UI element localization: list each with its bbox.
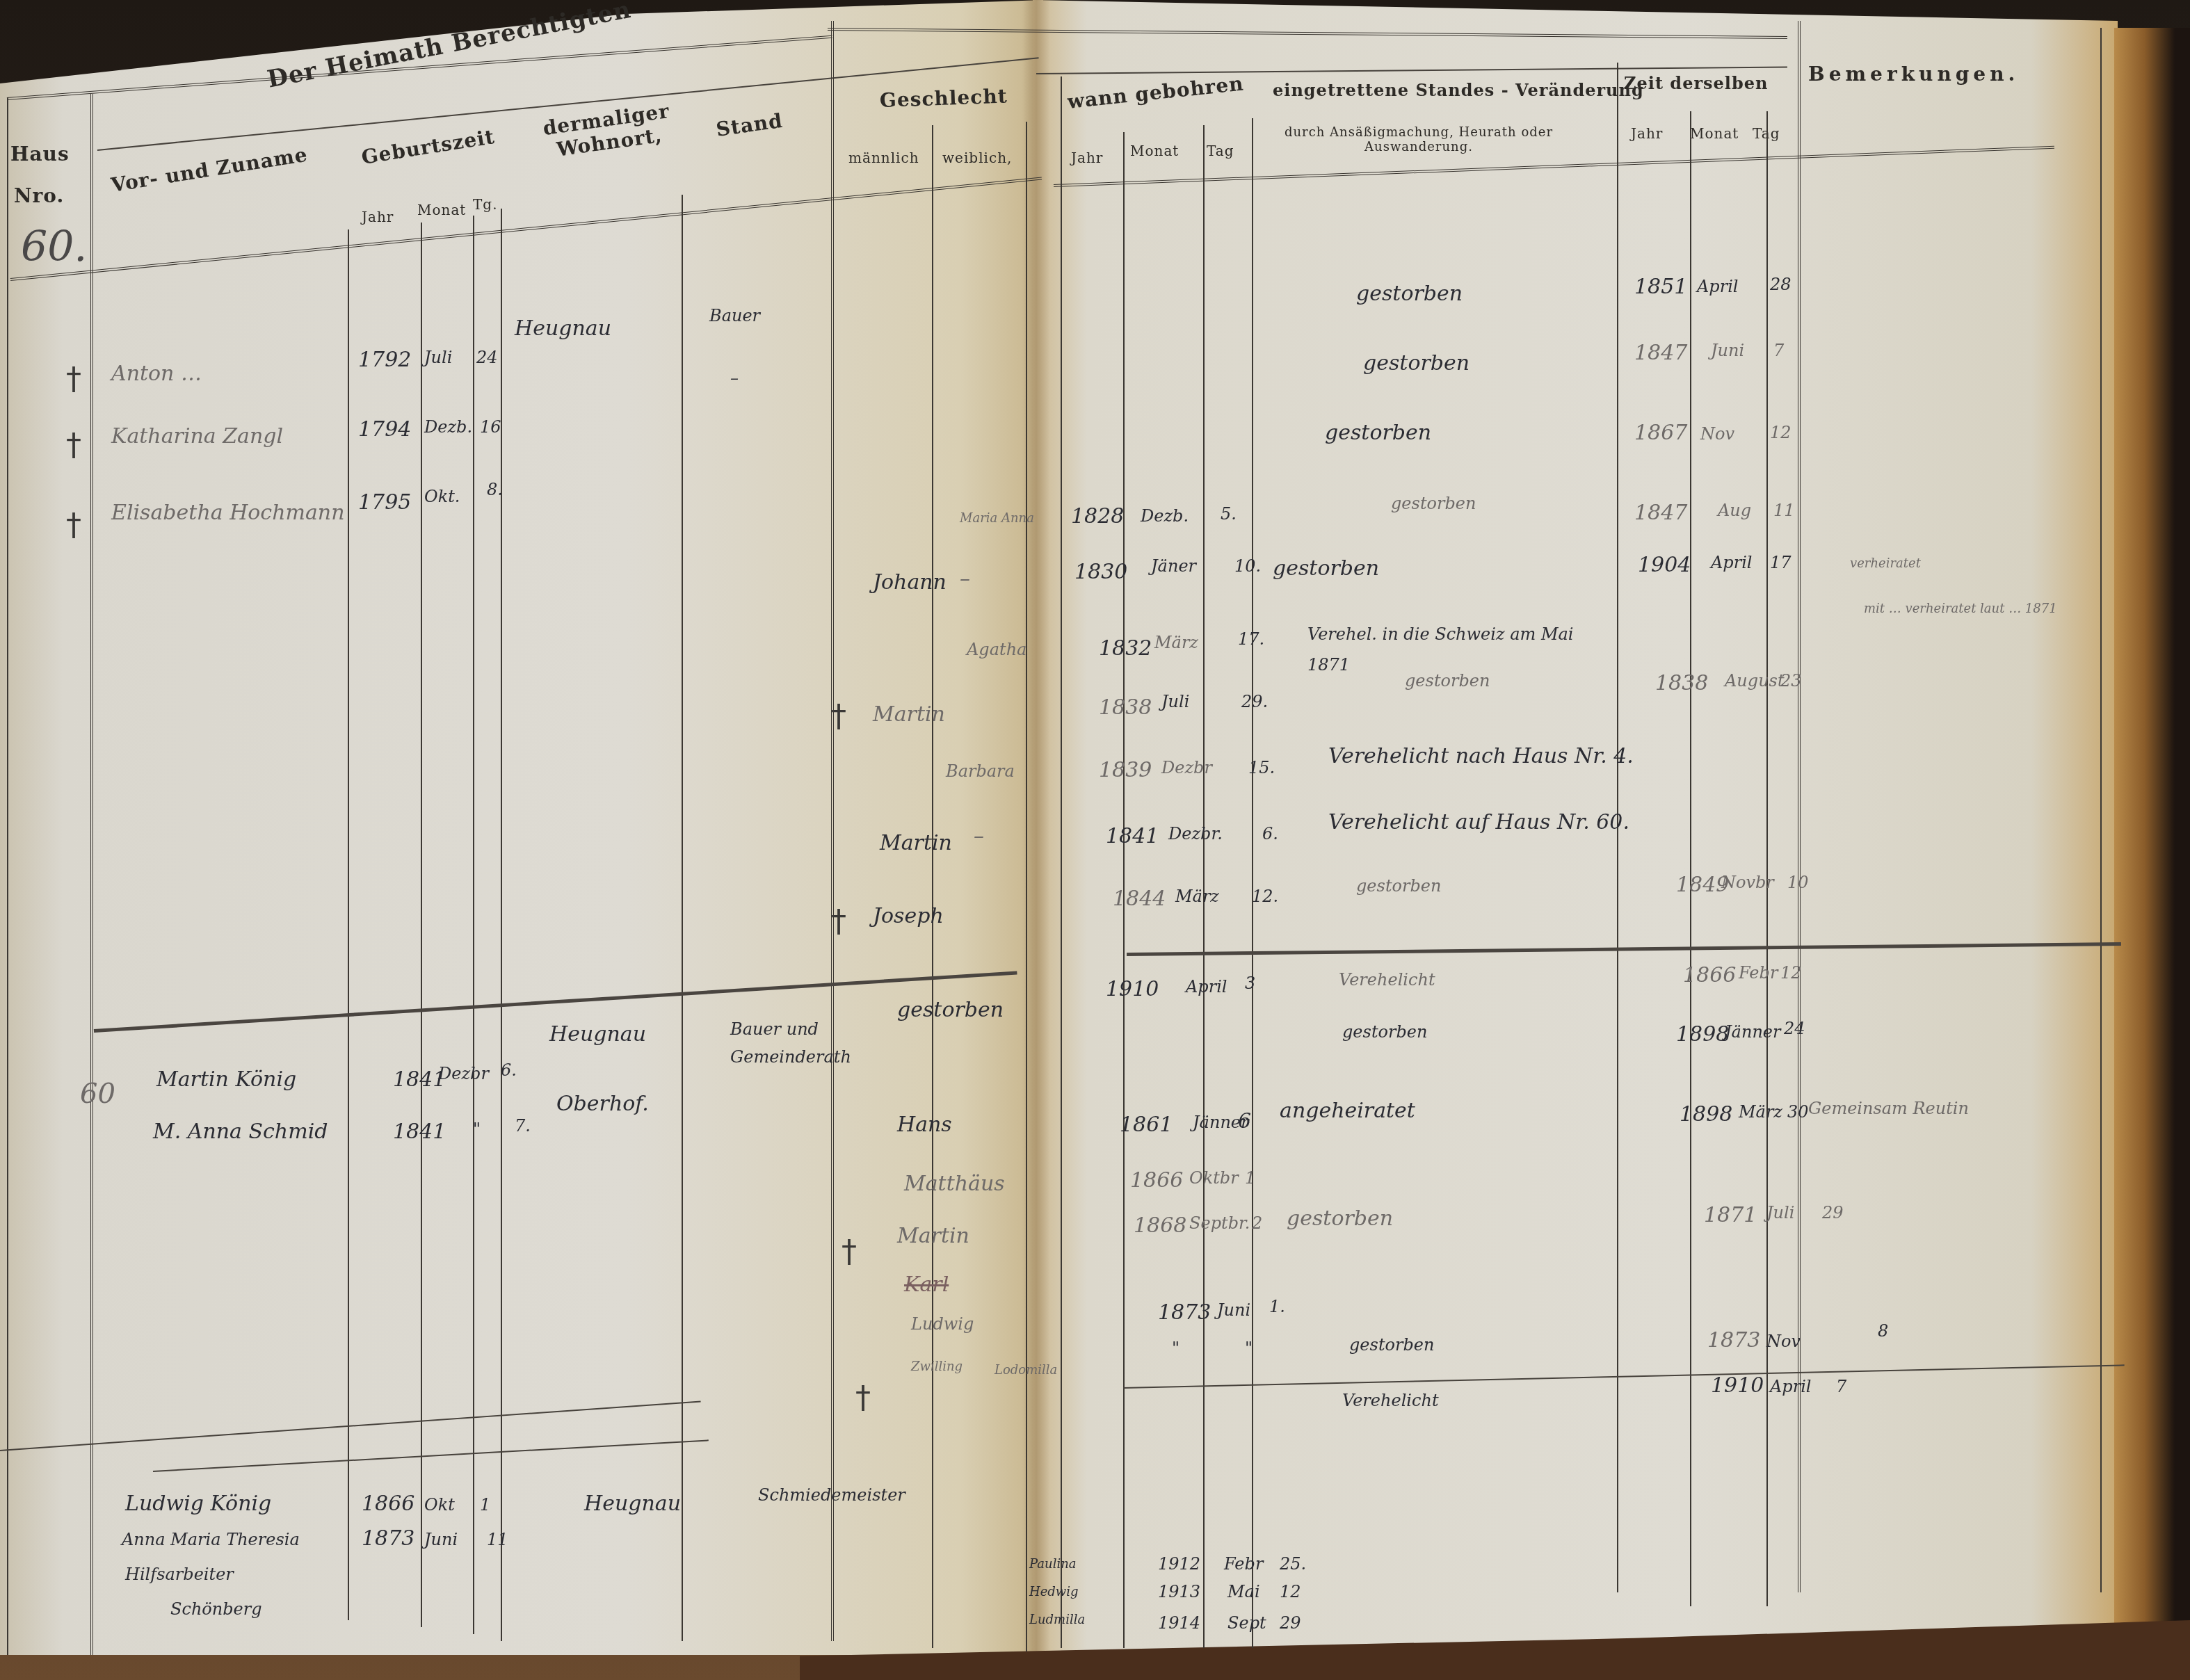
adult-name: Katharina Zangl: [111, 424, 283, 449]
adult-occupation: Hilfsarbeiter: [125, 1565, 234, 1584]
col-sex-header: Geschlecht: [879, 85, 1008, 112]
child-change: gestorben: [1405, 671, 1490, 690]
adult-status: –: [730, 369, 739, 388]
col-birth-year: Jahr: [362, 209, 394, 225]
child-male-name: Karl: [904, 1273, 949, 1297]
child-change-month: August: [1725, 671, 1785, 690]
adult-birth-day: 8.: [487, 480, 503, 499]
child-birth-day: 15.: [1248, 758, 1275, 777]
col-born-year: Jahr: [1071, 150, 1103, 166]
left-page: [0, 0, 1043, 1655]
adult-birth-day: 24: [476, 348, 498, 367]
label-nro: Nro.: [14, 184, 64, 207]
adult-status: Bauer und Gemeinderath: [730, 1015, 862, 1071]
adult-birth-year: 1866: [362, 1492, 414, 1516]
change-entry: Verehelicht: [1339, 970, 1435, 990]
col-sex-male: männlich: [848, 150, 919, 166]
label-haus: Haus: [10, 143, 70, 165]
adult-birth-month: Juni: [424, 1530, 458, 1549]
child-male-name: Martin: [880, 831, 952, 855]
adult-name: Martin König: [156, 1067, 296, 1092]
adult-birth-month: Okt.: [424, 487, 460, 506]
child-male-name: Johann: [873, 570, 947, 595]
adult-birth-month: Okt: [424, 1495, 455, 1515]
child-birth-year: 1839: [1099, 758, 1152, 782]
adult-residence: Heugnau: [549, 1022, 646, 1047]
adult-birth-day: 1: [480, 1495, 490, 1515]
change-day: 12: [1780, 963, 1802, 983]
adult-sex-note: gestorben: [897, 998, 1004, 1022]
child-birth-year: 1844: [1113, 887, 1166, 911]
change-year: 1851: [1634, 275, 1687, 299]
child-birth-day: 29.: [1241, 692, 1268, 711]
child-change-day: 23: [1780, 671, 1802, 690]
adult-birth-day: 11: [487, 1530, 508, 1549]
child-birth-month: Juli: [1161, 692, 1189, 711]
child-change-day: 7: [1836, 1377, 1846, 1396]
child-birth-day: 1: [1245, 1168, 1255, 1188]
child-birth-month: Jäner: [1151, 556, 1196, 576]
col-time-year: Jahr: [1631, 125, 1663, 142]
change-entry: gestorben: [1356, 282, 1463, 306]
rule: [421, 223, 422, 1627]
child-birth-month: Sept: [1227, 1613, 1266, 1633]
child-change: Verehelicht nach Haus Nr. 4.: [1328, 744, 1634, 768]
col-time-header: Zeit derselben: [1624, 73, 1768, 93]
child-birth-day: 2: [1252, 1213, 1262, 1233]
house-number: 60.: [21, 223, 87, 271]
rule: [7, 97, 8, 1655]
adult-death-year: 1910: [1106, 977, 1159, 1001]
child-birth-year: ": [1172, 1339, 1179, 1358]
change-year: 1867: [1634, 421, 1687, 445]
child-birth-month: Febr: [1224, 1554, 1263, 1574]
rule: [1026, 122, 1027, 1651]
child-male-name: Hans: [897, 1113, 952, 1137]
child-birth-day: 12: [1280, 1582, 1301, 1601]
child-male-name: Joseph: [873, 904, 944, 928]
child-change-year: 1838: [1655, 671, 1708, 695]
col-born-month: Monat: [1130, 143, 1179, 159]
child-birth-year: 1912: [1158, 1554, 1200, 1574]
deceased-cross-icon: †: [66, 508, 81, 543]
col-born-day: Tag: [1207, 143, 1234, 159]
child-change-day: 8: [1878, 1321, 1888, 1341]
child-female-name: –: [960, 567, 970, 591]
child-change-day: 11: [1773, 501, 1795, 520]
rule: [831, 21, 834, 1641]
adult-birth-month: Juli: [424, 348, 452, 367]
change-month: Juni: [1711, 341, 1744, 360]
change-entry: gestorben: [1325, 421, 1431, 445]
child-birth-day: 12.: [1252, 887, 1278, 906]
child-birth-day: 1.: [1269, 1297, 1285, 1316]
change-entry: gestorben: [1342, 1022, 1427, 1042]
adult-death-day: 3: [1245, 974, 1255, 993]
col-change-subheader: durch Ansäßigmachung, Heurath oder Auswa…: [1266, 125, 1572, 154]
child-birth-year: 1841: [1106, 824, 1159, 848]
child-birth-month: Septbr.: [1189, 1213, 1250, 1233]
child-change-year: 1873: [1707, 1328, 1760, 1352]
change-month: April: [1697, 277, 1739, 296]
house-number: 60: [80, 1078, 115, 1110]
child-female-name: Maria Anna: [960, 511, 1034, 526]
change-month: Nov: [1700, 424, 1734, 444]
adult-birth-day: 16: [480, 417, 501, 437]
rule: [1798, 21, 1801, 1592]
child-birth-month: Mai: [1227, 1582, 1260, 1601]
adult-residence: Heugnau: [515, 316, 611, 341]
adult-status: Schmiedemeister: [758, 1481, 883, 1509]
adult-birth-year: 1792: [358, 348, 411, 372]
adult-residence: Oberhof.: [556, 1092, 649, 1116]
child-change-month: April: [1770, 1377, 1812, 1396]
child-birth-day: 6: [1238, 1109, 1251, 1133]
rule: [473, 216, 474, 1634]
child-female-name: –: [974, 824, 984, 848]
adult-birth-day: 6.: [501, 1060, 517, 1080]
change-entry: gestorben: [1363, 351, 1470, 375]
col-time-month: Monat: [1690, 125, 1739, 142]
child-birth-year: 1913: [1158, 1582, 1200, 1601]
child-birth-year: 1868: [1134, 1213, 1186, 1238]
child-change-year: 1898: [1680, 1102, 1732, 1126]
child-change: gestorben: [1273, 556, 1379, 581]
child-male-name: Ludwig: [911, 1314, 974, 1334]
twin-label: Zwilling: [911, 1359, 963, 1374]
col-birth-month: Monat: [417, 202, 466, 218]
child-change-year: 1847: [1634, 501, 1687, 525]
col-change-header: eingetrettene Standes - Veränderung: [1273, 80, 1644, 100]
child-change-year: 1904: [1638, 553, 1691, 577]
adult-birth-year: 1873: [362, 1526, 414, 1551]
col-remarks-header: Bemerkungen.: [1808, 63, 2019, 86]
child-change: gestorben: [1356, 876, 1441, 896]
deceased-cross-icon: †: [855, 1380, 871, 1416]
child-change: gestorben: [1391, 494, 1476, 513]
child-birth-year: 1861: [1120, 1113, 1173, 1137]
child-birth-day: 5.: [1221, 504, 1237, 524]
rule: [1061, 76, 1062, 1648]
rule: [1766, 111, 1768, 1606]
child-change-month: März: [1739, 1102, 1782, 1122]
change-day: 28: [1770, 275, 1792, 294]
child-birth-year: 1832: [1099, 636, 1152, 661]
adult-birth-year: 1794: [358, 417, 411, 442]
adult-name: Anna Maria Theresia: [122, 1530, 300, 1549]
adult-birth-day: 7.: [515, 1116, 531, 1136]
adult-place: Schönberg: [170, 1599, 262, 1619]
child-male-name: Matthäus: [904, 1172, 1005, 1196]
change-year: 1866: [1683, 963, 1736, 987]
child-change: Verehelicht: [1342, 1391, 1439, 1410]
adult-name: Ludwig König: [125, 1492, 271, 1516]
child-change-month: Nov: [1766, 1332, 1801, 1351]
change-year: 1847: [1634, 341, 1687, 365]
adult-birth-year: 1795: [358, 490, 411, 515]
child-female-name: Lodomilla: [995, 1363, 1057, 1378]
child-change-month: Novbr: [1721, 873, 1774, 892]
child-birth-month: Dezb.: [1141, 506, 1189, 526]
child-birth-day: 17.: [1238, 629, 1264, 649]
child-change-day: 17: [1770, 553, 1792, 572]
child-female-name: Agatha: [967, 640, 1026, 659]
child-change: angeheiratet: [1280, 1099, 1415, 1123]
child-change-day: 30: [1787, 1102, 1809, 1122]
change-day: 24: [1784, 1019, 1805, 1038]
adult-birth-month: Dezbr: [438, 1064, 489, 1083]
child-change-month: Aug: [1718, 501, 1751, 520]
rule: [90, 94, 93, 1655]
rule: [348, 229, 349, 1620]
child-birth-month: März: [1154, 633, 1198, 652]
child-change-month: Juli: [1766, 1203, 1794, 1222]
col-birth-day: Tg.: [473, 196, 498, 213]
change-day: 7: [1773, 341, 1784, 360]
child-birth-day: 10.: [1234, 556, 1261, 576]
child-change-year: 1910: [1711, 1373, 1764, 1398]
adult-death-month: April: [1186, 977, 1227, 996]
child-birth-month: März: [1175, 887, 1219, 906]
rule: [932, 125, 933, 1648]
deceased-cross-icon: †: [842, 1234, 857, 1270]
change-month: Febr: [1739, 963, 1778, 983]
adult-name: Anton …: [111, 362, 202, 386]
adult-residence: Heugnau: [584, 1492, 681, 1516]
child-birth-month: Dezbr.: [1168, 824, 1223, 843]
child-change: Verehelicht auf Haus Nr. 60.: [1328, 810, 1629, 834]
child-birth-year: 1914: [1158, 1613, 1200, 1633]
deceased-cross-icon: †: [831, 904, 846, 939]
child-change-day: 10: [1787, 873, 1809, 892]
child-remark: verheiratet: [1850, 556, 1921, 571]
child-change-year: 1871: [1704, 1203, 1757, 1227]
child-birth-month: ": [1245, 1339, 1253, 1358]
deceased-cross-icon: †: [831, 699, 846, 734]
child-birth-month: Oktbr: [1189, 1168, 1239, 1188]
child-change: gestorben: [1349, 1335, 1434, 1355]
adult-name: Elisabetha Hochmann: [111, 501, 344, 525]
adult-name: M. Anna Schmid: [153, 1120, 328, 1144]
child-birth-month: Juni: [1217, 1300, 1250, 1320]
rule: [1252, 118, 1253, 1648]
deceased-cross-icon: †: [66, 428, 81, 463]
child-birth-year: 1828: [1071, 504, 1124, 528]
rule: [1690, 111, 1691, 1606]
change-month: Jänner: [1725, 1022, 1781, 1042]
children-female-names: Paulina Hedwig Ludmilla: [1029, 1551, 1099, 1634]
adult-birth-month: ": [473, 1120, 481, 1139]
change-day: 12: [1770, 423, 1792, 442]
child-change: gestorben: [1287, 1206, 1393, 1231]
child-male-name: Martin: [897, 1224, 969, 1248]
rule: [2100, 28, 2102, 1592]
child-birth-day: 29: [1280, 1613, 1301, 1633]
child-birth-year: 1838: [1099, 695, 1152, 720]
page-edge: [2114, 28, 2190, 1680]
change-year: 1898: [1676, 1022, 1729, 1047]
child-female-name: Barbara: [946, 761, 1015, 781]
child-birth-day: 6.: [1262, 824, 1278, 843]
adult-birth-month: Dezb.: [424, 417, 472, 437]
child-birth-month: Dezbr: [1161, 758, 1212, 777]
child-change-day: 29: [1822, 1203, 1844, 1222]
col-sex-female: weiblich,: [942, 150, 1012, 166]
deceased-cross-icon: †: [66, 362, 81, 397]
child-birth-day: 25.: [1280, 1554, 1306, 1574]
adult-status: Bauer: [709, 306, 760, 325]
child-change-month: April: [1711, 553, 1753, 572]
child-birth-year: 1830: [1074, 560, 1127, 584]
child-male-name: Martin: [873, 702, 945, 727]
child-remark: mit … verheiratet laut … 1871: [1864, 601, 2100, 616]
child-birth-year: 1873: [1158, 1300, 1211, 1325]
child-birth-year: 1866: [1130, 1168, 1183, 1193]
adult-birth-year: 1841: [393, 1120, 446, 1144]
child-remark: Gemeinsam Reutin: [1808, 1099, 1969, 1118]
rule: [682, 195, 683, 1641]
